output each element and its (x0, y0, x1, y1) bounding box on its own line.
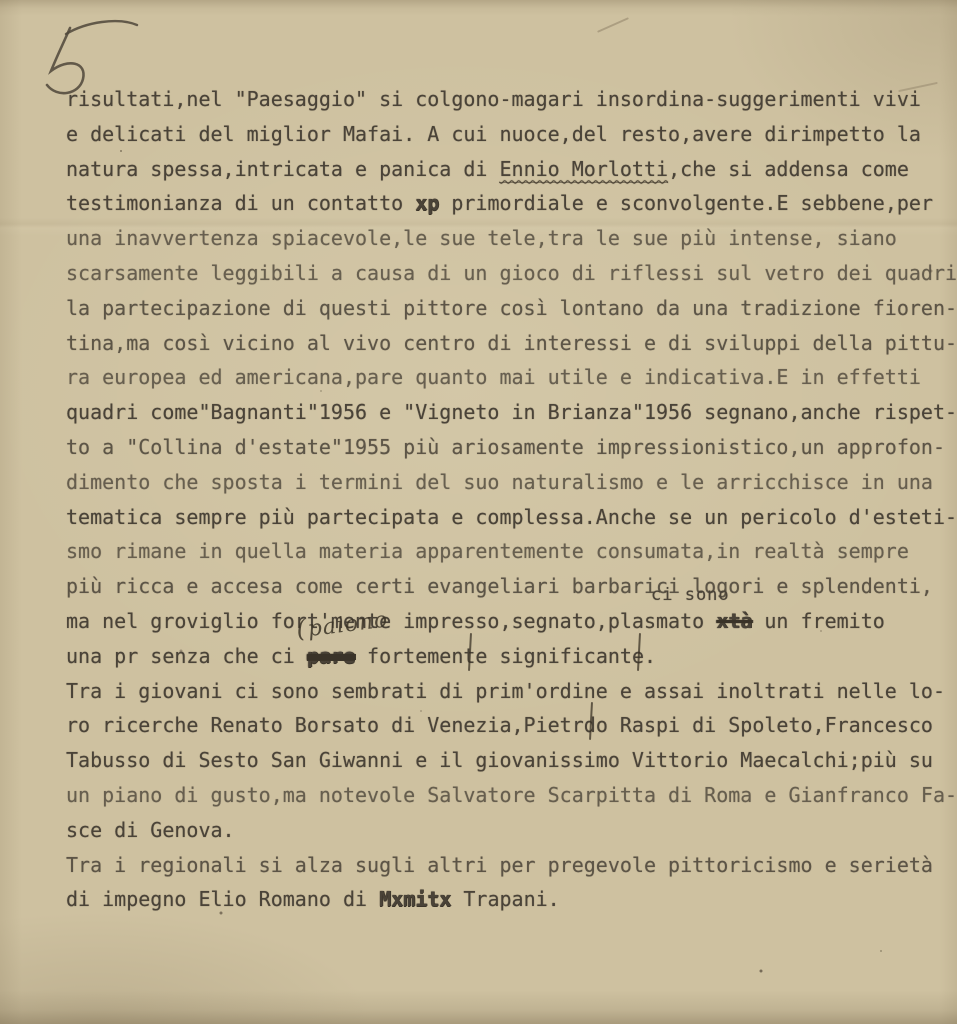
text-segment: una inavvertenza spiacevole,le sue tele,… (66, 226, 897, 250)
text-segment-struck: xtà (716, 609, 752, 633)
text-segment: ro ricerche Renato Borsato di Venezia,Pi… (66, 713, 584, 737)
text-segment: un fremito (752, 609, 884, 633)
text-segment: Tra i giovani ci sono sembrati di prim'o… (66, 679, 945, 703)
text-line: dimento che sposta i termini del suo nat… (66, 465, 957, 500)
text-line: Tabusso di Sesto San Giwanni e il giovan… (66, 743, 957, 778)
text-segment: risultati,nel "Paesaggio" si colgono-mag… (66, 87, 921, 111)
text-segment: la partecipazione di questi pittore così… (66, 296, 957, 320)
document-page: risultati,nel "Paesaggio" si colgono-mag… (0, 0, 957, 1024)
text-line: testimonianza di un contatto xp primordi… (66, 186, 957, 221)
text-line: un piano di gusto,ma notevole Salvatore … (66, 778, 957, 813)
text-segment-overstruck: xp (415, 191, 439, 215)
text-line: Tra i regionali si alza sugli altri per … (66, 848, 957, 883)
text-segment: o Raspi di Spoleto,Francesco (596, 713, 933, 737)
text-line: sce di Genova. (66, 813, 957, 848)
text-segment: tematica sempre più partecipata e comple… (66, 505, 957, 529)
text-line: tina,ma così vicino al vivo centro di in… (66, 326, 957, 361)
text-line: ra europea ed americana,pare quanto mai … (66, 360, 957, 395)
text-segment: dimento che sposta i termini del suo nat… (66, 470, 933, 494)
text-segment: e significant (475, 644, 632, 668)
text-line: ma nel groviglio fort'mente impresso,seg… (66, 604, 957, 639)
text-segment: ,che si addensa come (668, 157, 909, 181)
text-segment: un piano di gusto,ma notevole Salvatore … (66, 783, 957, 807)
text-line: scarsamente leggibili a causa di un gioc… (66, 256, 957, 291)
text-segment: più ricca e accesa come certi evangeliar… (66, 574, 933, 598)
text-segment: testimonianza di un contatto (66, 191, 415, 215)
text-segment: primordiale e sconvolgente.E sebbene,per (439, 191, 933, 215)
text-segment-pen-slash: e (632, 644, 644, 668)
text-segment: . (644, 644, 656, 668)
text-line: natura spessa,intricata e panica di Enni… (66, 152, 957, 187)
text-segment: quadri come"Bagnanti"1956 e "Vigneto in … (66, 400, 957, 424)
text-line: quadri come"Bagnanti"1956 e "Vigneto in … (66, 395, 957, 430)
typewritten-text: risultati,nel "Paesaggio" si colgono-mag… (66, 82, 957, 917)
text-segment-overstruck: Mxmitx (379, 887, 451, 911)
text-segment: e delicati del miglior Mafai. A cui nuoc… (66, 122, 921, 146)
pencil-mark (597, 17, 629, 33)
text-line: una pr senza che ci pare fortemente sign… (66, 639, 957, 674)
text-line: la partecipazione di questi pittore così… (66, 291, 957, 326)
text-segment: una pr senza che ci (66, 644, 307, 668)
interlinear-insert-ci-sono: ci sono (651, 585, 730, 605)
text-segment: sce di Genova. (66, 818, 235, 842)
text-segment: natura spessa,intricata e panica di (66, 157, 499, 181)
text-line: tematica sempre più partecipata e comple… (66, 500, 957, 535)
text-segment: Tra i regionali si alza sugli altri per … (66, 853, 933, 877)
text-line: una inavvertenza spiacevole,le sue tele,… (66, 221, 957, 256)
text-segment: di impegno Elio Romano di (66, 887, 379, 911)
text-line: di impegno Elio Romano di Mxmitx Trapani… (66, 882, 957, 917)
text-segment: tina,ma così vicino al vivo centro di in… (66, 331, 957, 355)
text-segment-underline-wavy: Ennio Morlotti (499, 157, 668, 183)
text-line: Tra i giovani ci sono sembrati di prim'o… (66, 674, 957, 709)
text-segment: ma nel groviglio fort'mente impresso,seg… (66, 609, 716, 633)
text-segment: fortemen (355, 644, 463, 668)
text-segment: to a "Collina d'estate"1955 più ariosame… (66, 435, 945, 459)
text-line: ro ricerche Renato Borsato di Venezia,Pi… (66, 708, 957, 743)
text-segment: ra europea ed americana,pare quanto mai … (66, 365, 921, 389)
text-segment-pen-slash: t (463, 644, 475, 668)
text-line: e delicati del miglior Mafai. A cui nuoc… (66, 117, 957, 152)
text-line: risultati,nel "Paesaggio" si colgono-mag… (66, 82, 957, 117)
text-segment: smo rimane in quella materia apparenteme… (66, 539, 909, 563)
text-segment: scarsamente leggibili a causa di un gioc… (66, 261, 957, 285)
text-line: to a "Collina d'estate"1955 più ariosame… (66, 430, 957, 465)
text-line: più ricca e accesa come certi evangeliar… (66, 569, 957, 604)
text-line: smo rimane in quella materia apparenteme… (66, 534, 957, 569)
text-segment-struck-heavy: pare (307, 644, 355, 668)
text-segment: Trapani. (451, 887, 559, 911)
text-segment-pen-slash: d (584, 713, 596, 737)
text-segment: Tabusso di Sesto San Giwanni e il giovan… (66, 748, 933, 772)
